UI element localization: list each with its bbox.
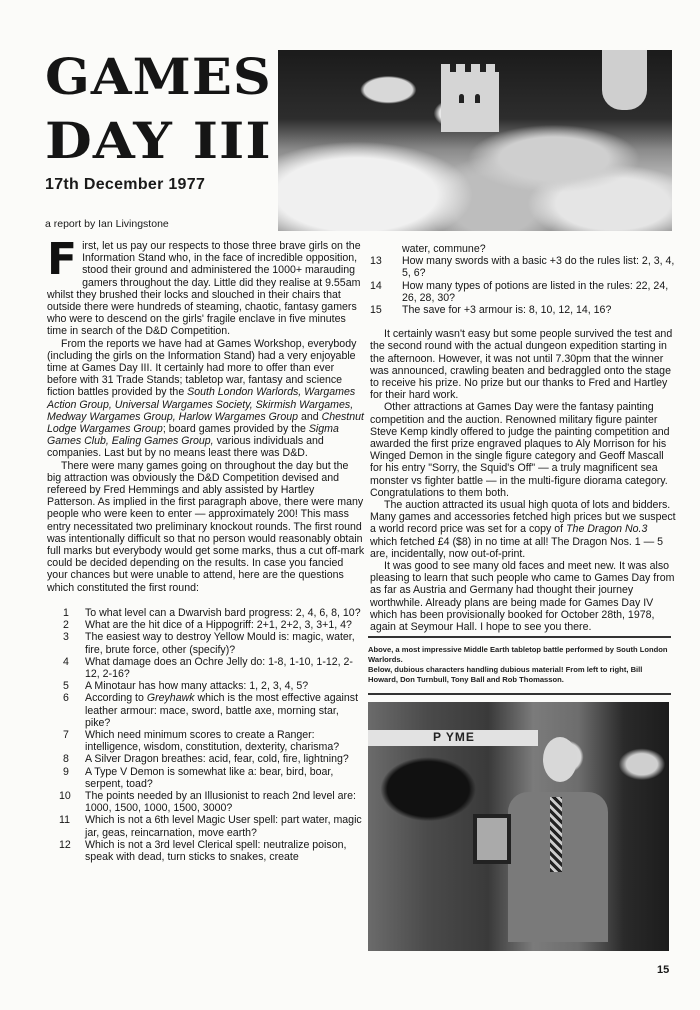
page-title-line2: DAY III bbox=[45, 116, 277, 166]
face-shape bbox=[543, 737, 577, 782]
page-number: 15 bbox=[657, 964, 669, 976]
question-item: 14How many types of potions are listed i… bbox=[370, 280, 676, 304]
framed-picture bbox=[473, 814, 511, 864]
quiz-questions-list: 1To what level can a Dwarvish bard progr… bbox=[47, 607, 365, 863]
paragraph-1: First, let us pay our respects to those … bbox=[47, 240, 365, 338]
byline: a report by Ian Livingstone bbox=[45, 218, 169, 230]
question-item: 5A Minotaur has how many attacks: 1, 2, … bbox=[47, 680, 365, 692]
drop-cap: F bbox=[47, 242, 77, 278]
caption-below: Below, dubious characters handling dubio… bbox=[368, 665, 673, 685]
caption-rule-top bbox=[368, 636, 671, 638]
article-column-left: First, let us pay our respects to those … bbox=[47, 240, 365, 863]
tabletop-battle-photo bbox=[278, 50, 672, 231]
question-item: 2What are the hit dice of a Hippogriff: … bbox=[47, 619, 365, 631]
page-title-line1: GAMES bbox=[45, 52, 271, 102]
tie-shape bbox=[550, 797, 562, 872]
paragraph-6: The auction attracted its usual high quo… bbox=[370, 499, 676, 560]
paragraph-4: It certainly wasn't easy but some people… bbox=[370, 328, 676, 401]
event-date: 17th December 1977 bbox=[45, 176, 205, 194]
question-item: 7Which need minimum scores to create a R… bbox=[47, 729, 365, 753]
question-item: 6According to Greyhawk which is the most… bbox=[47, 692, 365, 729]
article-column-right: water, commune? 13How many swords with a… bbox=[370, 243, 676, 633]
question-item: 8A Silver Dragon breathes: acid, fear, c… bbox=[47, 753, 365, 765]
paragraph-7: It was good to see many old faces and me… bbox=[370, 560, 676, 633]
paragraph-2: From the reports we have had at Games Wo… bbox=[47, 338, 365, 460]
caption-rule-bottom bbox=[368, 693, 671, 695]
question-item: 9A Type V Demon is somewhat like a: bear… bbox=[47, 766, 365, 790]
photo-caption: Above, a most impressive Middle Earth ta… bbox=[368, 645, 673, 685]
hand-shape bbox=[602, 50, 647, 110]
question-item: 13How many swords with a basic +3 do the… bbox=[370, 255, 676, 279]
question-item: 11Which is not a 6th level Magic User sp… bbox=[47, 814, 365, 838]
castle-model bbox=[441, 72, 499, 132]
question-continuation: water, commune? bbox=[370, 243, 676, 255]
question-item: 15The save for +3 armour is: 8, 10, 12, … bbox=[370, 304, 676, 316]
people-at-stand-photo: P YME bbox=[368, 702, 669, 951]
paragraph-5: Other attractions at Games Day were the … bbox=[370, 401, 676, 499]
question-item: 1To what level can a Dwarvish bard progr… bbox=[47, 607, 365, 619]
question-item: 10The points needed by an Illusionist to… bbox=[47, 790, 365, 814]
question-item: 4What damage does an Ochre Jelly do: 1-8… bbox=[47, 656, 365, 680]
caption-above: Above, a most impressive Middle Earth ta… bbox=[368, 645, 673, 665]
question-item: 12Which is not a 3rd level Clerical spel… bbox=[47, 839, 365, 863]
stand-banner: P YME bbox=[368, 730, 538, 746]
paragraph-3: There were many games going on throughou… bbox=[47, 460, 365, 594]
question-item: 3The easiest way to destroy Yellow Mould… bbox=[47, 631, 365, 655]
